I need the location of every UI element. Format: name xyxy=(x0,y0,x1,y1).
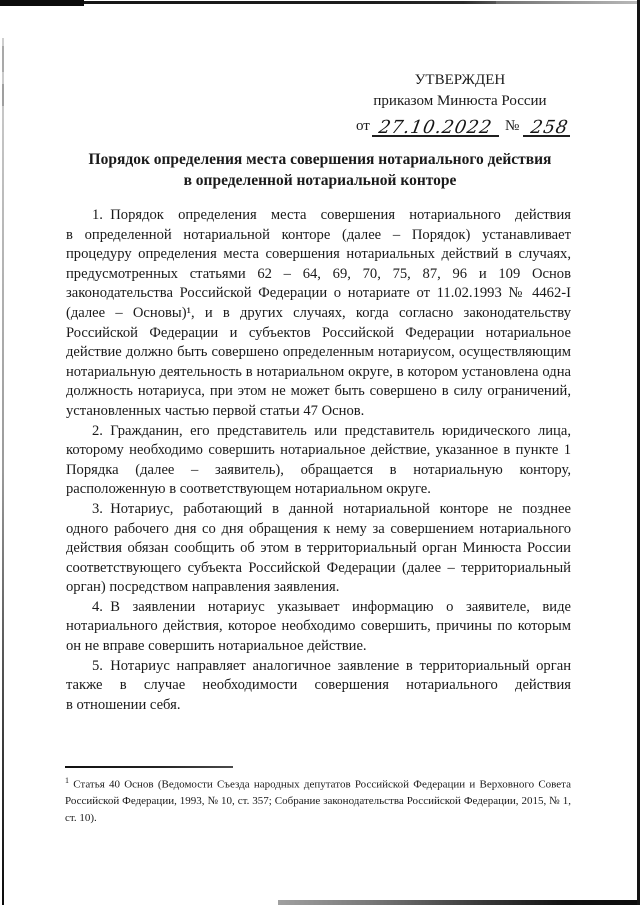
scan-artifact-top-left xyxy=(0,0,84,6)
handwritten-date: 27.10.2022 xyxy=(377,117,494,138)
paragraph: 3. Нотариус, работающий в данной нотариа… xyxy=(66,500,571,598)
paragraph: 5. Нотариус направляет аналогичное заявл… xyxy=(66,657,571,716)
date-underline: 27.10.2022 xyxy=(372,115,499,137)
title-line-1: Порядок определения места совершения нот… xyxy=(0,149,640,170)
footnote: 1 Статья 40 Основ (Ведомости Съезда наро… xyxy=(65,773,571,826)
document-page: УТВЕРЖДЕН приказом Минюста России от 27.… xyxy=(0,0,640,905)
scan-artifact-left-dash xyxy=(2,46,4,72)
handwritten-number: 258 xyxy=(529,117,570,138)
approval-block: УТВЕРЖДЕН приказом Минюста России от 27.… xyxy=(350,70,570,137)
document-body: 1. Порядок определения места совершения … xyxy=(66,206,571,715)
approval-date-number-row: от 27.10.2022 № 258 xyxy=(350,115,570,137)
scan-artifact-bottom-edge xyxy=(278,900,637,905)
scan-artifact-left-dash xyxy=(2,84,4,106)
scan-artifact-top-right xyxy=(496,1,640,4)
from-label: от xyxy=(356,116,370,137)
footnote-text: Статья 40 Основ (Ведомости Съезда народн… xyxy=(65,779,571,824)
document-title: Порядок определения места совершения нот… xyxy=(0,149,640,191)
approval-status: УТВЕРЖДЕН xyxy=(350,70,570,91)
approval-authority: приказом Минюста России xyxy=(350,91,570,112)
paragraph: 2. Гражданин, его представитель или пред… xyxy=(66,422,571,500)
paragraph: 1. Порядок определения места совершения … xyxy=(66,206,571,422)
title-line-2: в определенной нотариальной конторе xyxy=(0,170,640,191)
number-underline: 258 xyxy=(523,115,570,137)
scan-artifact-top-middle xyxy=(84,1,496,4)
footnote-separator-rule xyxy=(65,766,233,768)
paragraph: 4. В заявлении нотариус указывает информ… xyxy=(66,598,571,657)
numero-sign: № xyxy=(505,116,519,137)
